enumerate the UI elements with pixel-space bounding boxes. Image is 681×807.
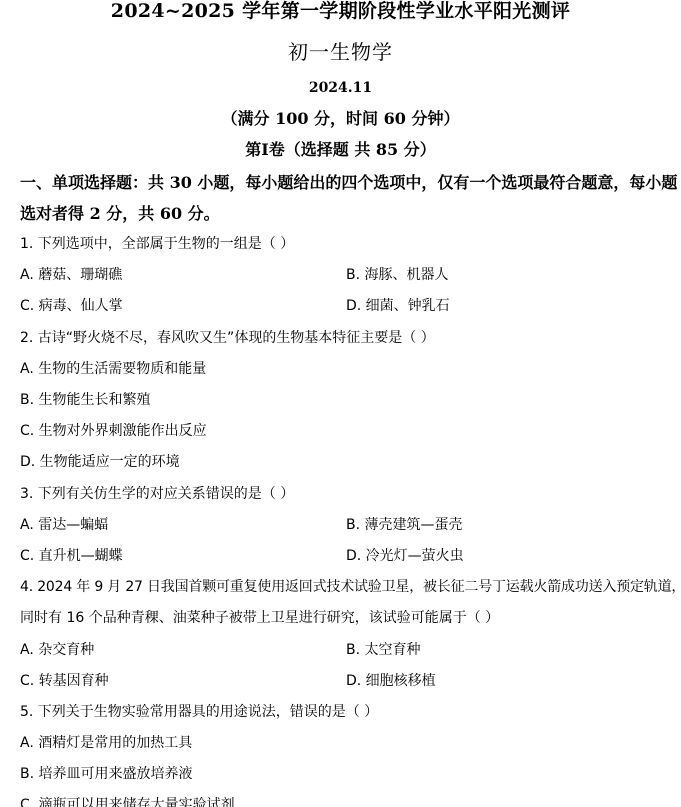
question-5-option-c: C. 滴瓶可以用来储存大量实验试剂 [20, 798, 235, 807]
exam-subject: 初一生物学 [0, 42, 681, 62]
question-2-stem: 2. 古诗“野火烧不尽，春风吹又生”体现的生物基本特征主要是（ ） [20, 331, 435, 345]
question-1-option-b: B. 海豚、机器人 [346, 268, 449, 282]
exam-title: 2024~2025 学年第一学期阶段性学业水平阳光测评 [0, 2, 681, 21]
question-3-option-a: A. 雷达—蝙蝠 [20, 518, 108, 532]
question-3-stem: 3. 下列有关仿生学的对应关系错误的是（ ） [20, 487, 294, 501]
question-4-option-c: C. 转基因育种 [20, 674, 109, 688]
question-2-option-d: D. 生物能适应一定的环境 [20, 455, 180, 469]
question-4-option-d: D. 细胞核移植 [346, 674, 436, 688]
question-2-option-c: C. 生物对外界刺激能作出反应 [20, 424, 207, 438]
question-1-option-d: D. 细菌、钟乳石 [346, 299, 450, 313]
question-4-stem-line1: 4. 2024 年 9 月 27 日我国首颗可重复使用返回式技术试验卫星，被长征… [20, 580, 681, 594]
question-5-option-a: A. 酒精灯是常用的加热工具 [20, 736, 192, 750]
question-1-stem: 1. 下列选项中，全部属于生物的一组是（ ） [20, 237, 294, 251]
section-instructions-line1: 一、单项选择题：共 30 小题，每小题给出的四个选项中，仅有一个选项最符合题意，… [20, 175, 677, 191]
exam-date: 2024.11 [0, 81, 681, 95]
question-3-option-d: D. 冷光灯—萤火虫 [346, 549, 464, 563]
section-instructions-line2: 选对者得 2 分，共 60 分。 [20, 206, 220, 222]
score-time-info: （满分 100 分，时间 60 分钟） [0, 111, 681, 127]
question-3-option-b: B. 薄壳建筑—蛋壳 [346, 518, 463, 532]
volume-heading: 第Ⅰ卷（选择题 共 85 分） [0, 142, 681, 158]
question-5-option-b: B. 培养皿可用来盛放培养液 [20, 767, 193, 781]
exam-page: 2024~2025 学年第一学期阶段性学业水平阳光测评 初一生物学 2024.1… [0, 0, 681, 807]
question-5-stem: 5. 下列关于生物实验常用器具的用途说法，错误的是（ ） [20, 705, 378, 719]
question-1-option-a: A. 蘑菇、珊瑚礁 [20, 268, 122, 282]
question-1-option-c: C. 病毒、仙人掌 [20, 299, 123, 313]
question-4-stem-line2: 同时有 16 个品种青稞、油菜种子被带上卫星进行研究，该试验可能属于（ ） [20, 611, 499, 625]
question-2-option-b: B. 生物能生长和繁殖 [20, 393, 151, 407]
question-4-option-b: B. 太空育种 [346, 643, 421, 657]
question-3-option-c: C. 直升机—蝴蝶 [20, 549, 123, 563]
question-4-option-a: A. 杂交育种 [20, 643, 94, 657]
question-2-option-a: A. 生物的生活需要物质和能量 [20, 362, 206, 376]
